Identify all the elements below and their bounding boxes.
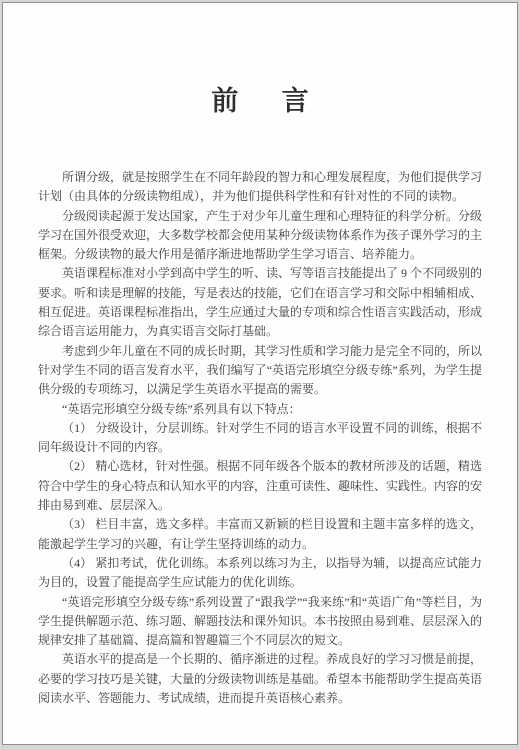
scanned-page: 前 言 所谓分级，就是按照学生在不同年龄段的智力和心理发展程度，为他们提供学习计… bbox=[0, 0, 520, 750]
paragraph-feature-2: （2） 精心选材，针对性强。根据不同年级各个版本的教材所涉及的话题，精选符合中学… bbox=[38, 457, 482, 515]
paragraph-feature-1: （1） 分级设计，分层训练。针对学生不同的语言水平设置不同的训练，根据不同年级设… bbox=[38, 419, 482, 458]
paragraph-feature-4: （4） 紧扣考试，优化训练。本系列以练习为主，以指导为辅，以提高应试能力为目的，… bbox=[38, 554, 482, 593]
preface-page: 前 言 所谓分级，就是按照学生在不同年龄段的智力和心理发展程度，为他们提供学习计… bbox=[2, 2, 518, 745]
paragraph-intro-grading: 所谓分级，就是按照学生在不同年龄段的智力和心理发展程度，为他们提供学习计划（由具… bbox=[38, 168, 482, 207]
paragraph-origin: 分级阅读起源于发达国家，产生于对少年儿童生理和心理特征的科学分析。分级学习在国外… bbox=[38, 207, 482, 265]
paragraph-curriculum-standard: 英语课程标准对小学到高中学生的听、读、写等语言技能提出了 9 个不同级别的要求。… bbox=[38, 264, 482, 341]
paragraph-closing: 英语水平的提高是一个长期的、循序渐进的过程。养成良好的学习习惯是前提，必要的学习… bbox=[38, 650, 482, 708]
paragraph-feature-3: （3） 栏目丰富，选文多样。丰富而又新颖的栏目设置和主题丰富多样的选文，能激起学… bbox=[38, 515, 482, 554]
preface-body: 所谓分级，就是按照学生在不同年龄段的智力和心理发展程度，为他们提供学习计划（由具… bbox=[38, 168, 482, 708]
page-title: 前 言 bbox=[3, 79, 517, 118]
paragraph-columns: “英语完形填空分级专练”系列设置了“跟我学”“我来练”和“英语广角”等栏目，为学… bbox=[38, 593, 482, 651]
paragraph-features-lead: “英语完形填空分级专练”系列具有以下特点： bbox=[38, 400, 482, 419]
paragraph-series-purpose: 考虑到少年儿童在不同的成长时期，其学习性质和学习能力是完全不同的，所以针对学生不… bbox=[38, 342, 482, 400]
